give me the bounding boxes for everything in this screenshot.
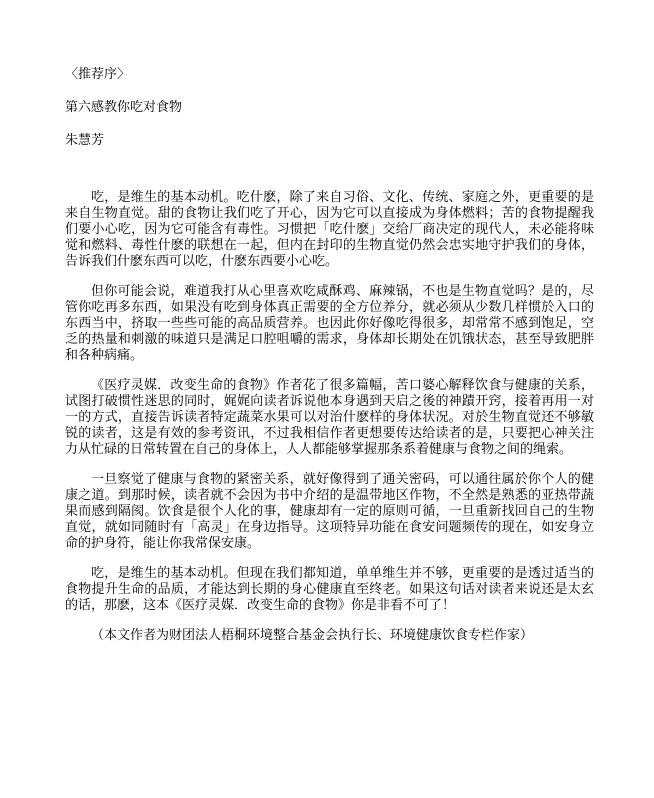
author-name: 朱慧芳: [65, 132, 594, 148]
document-body: 吃，是维生的基本动机。吃什麽，除了来自习俗、文化、传统、家庭之外，更重要的是来自…: [65, 189, 594, 643]
paragraph: 吃，是维生的基本动机。吃什麽，除了来自习俗、文化、传统、家庭之外，更重要的是来自…: [65, 189, 594, 269]
document-page: 〈推荐序〉 第六感教你吃对食物 朱慧芳 吃，是维生的基本动机。吃什麽，除了来自习…: [0, 0, 654, 798]
footer-author-credit: （本文作者为财团法人梧桐环境整合基金会执行长、环境健康饮食专栏作家）: [65, 627, 594, 643]
series-label: 〈推荐序〉: [65, 66, 594, 82]
paragraph: 一旦察觉了健康与食物的紧密关系，就好像得到了通关密码，可以通往属於你个人的健康之…: [65, 471, 594, 551]
page-title: 第六感教你吃对食物: [65, 99, 594, 115]
paragraph: 《医疗灵媒．改变生命的食物》作者花了很多篇幅，苦口婆心解释饮食与健康的关系，试图…: [65, 377, 594, 457]
paragraph: 但你可能会说，难道我打从心里喜欢吃咸酥鸡、麻辣锅，不也是生物直觉吗？是的，尽管你…: [65, 283, 594, 363]
paragraph: 吃，是维生的基本动机。但现在我们都知道，单单维生并不够，更重要的是透过适当的食物…: [65, 565, 594, 613]
